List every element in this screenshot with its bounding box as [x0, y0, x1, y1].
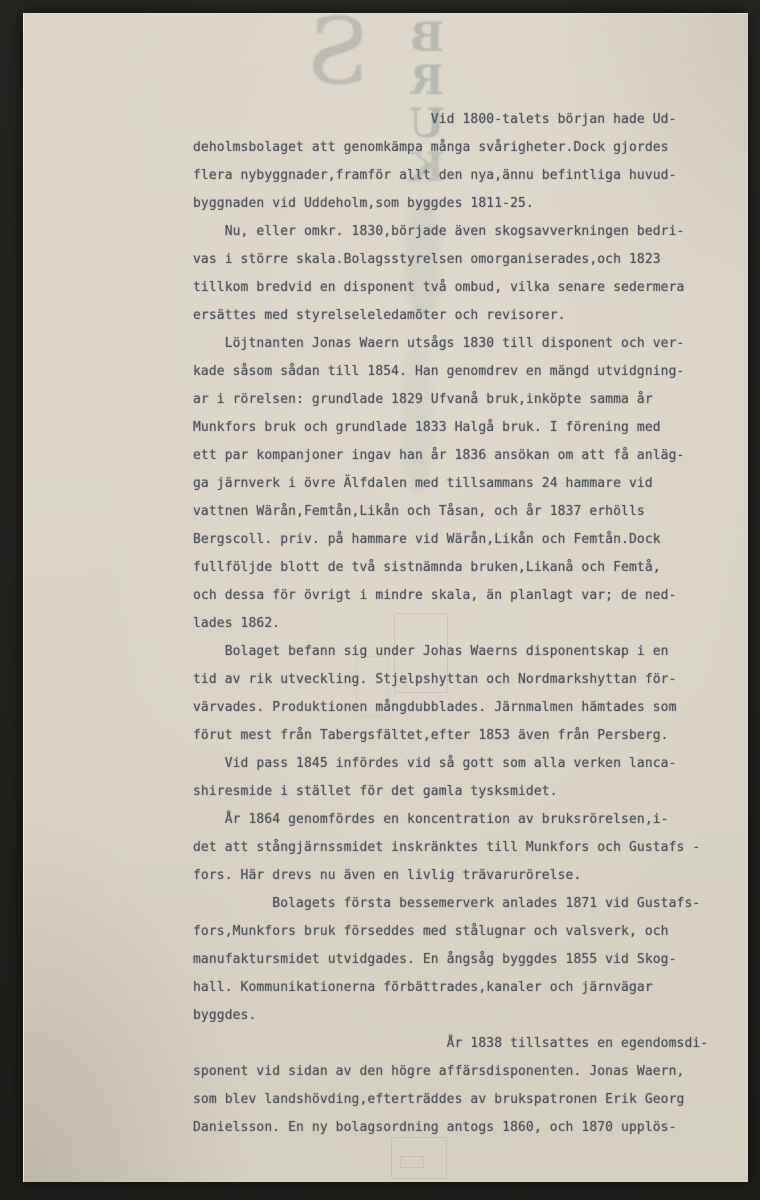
typewritten-line: ar i rörelsen: grundlade 1829 Ufvanå bru… — [193, 386, 708, 414]
scan-background: S B R U K Vid 1800-talets början hade Ud… — [0, 0, 760, 1200]
ink-bleed-mark — [391, 1137, 447, 1179]
typewritten-line: vattnen Wärån,Femtån,Likån och Tåsan, oc… — [193, 498, 708, 526]
typewritten-line: Vid 1800-talets början hade Ud- — [193, 106, 708, 134]
bleed-through-letter: B — [402, 14, 452, 61]
typewritten-line: fors. Här drevs nu även en livlig trävar… — [193, 862, 708, 890]
typewritten-line: sponent vid sidan av den högre affärsdis… — [193, 1058, 708, 1086]
typewritten-line: manufaktursmidet utvidgades. En ångsåg b… — [193, 946, 708, 974]
bleed-through-letter: S — [307, 0, 370, 105]
typewritten-line: byggnaden vid Uddeholm,som byggdes 1811-… — [193, 190, 708, 218]
typewritten-line: tillkom bredvid en disponent två ombud, … — [193, 274, 708, 302]
bleed-through-letter: R — [402, 57, 452, 104]
typewritten-line: det att stångjärnssmidet inskränktes til… — [193, 834, 708, 862]
typewritten-line: förut mest från Tabergsfältet,efter 1853… — [193, 722, 708, 750]
typewritten-line: och dessa för övrigt i mindre skala, än … — [193, 582, 708, 610]
typewritten-line: flera nybyggnader,framför allt den nya,ä… — [193, 162, 708, 190]
typewritten-line: fors,Munkfors bruk förseddes med stålugn… — [193, 918, 708, 946]
typewritten-line: År 1838 tillsattes en egendomsdi- — [193, 1030, 708, 1058]
typewritten-line: fullföljde blott de två sistnämnda bruke… — [193, 554, 708, 582]
typewritten-line: som blev landshövding,efterträddes av br… — [193, 1086, 708, 1114]
typewritten-line: Vid pass 1845 infördes vid så gott som a… — [193, 750, 708, 778]
typewritten-line: Bolagets första bessemerverk anlades 187… — [193, 890, 708, 918]
typewritten-text: Vid 1800-talets början hade Ud- deholmsb… — [193, 106, 708, 1142]
typewritten-line: byggdes. — [193, 1002, 708, 1030]
paper-sheet: S B R U K Vid 1800-talets början hade Ud… — [23, 13, 748, 1182]
typewritten-line: hall. Kommunikationerna förbättrades,kan… — [193, 974, 708, 1002]
typewritten-line: Danielsson. En ny bolagsordning antogs 1… — [193, 1114, 708, 1142]
typewritten-line: shiresmide i stället för det gamla tysks… — [193, 778, 708, 806]
typewritten-line: värvades. Produktionen mångdubblades. Jä… — [193, 694, 708, 722]
typewritten-line: Nu, eller omkr. 1830,började även skogsa… — [193, 218, 708, 246]
typewritten-line: ga järnverk i övre Älfdalen med tillsamm… — [193, 470, 708, 498]
typewritten-line: Löjtnanten Jonas Waern utsågs 1830 till … — [193, 330, 708, 358]
typewritten-line: vas i större skala.Bolagsstyrelsen omorg… — [193, 246, 708, 274]
typewritten-line: lades 1862. — [193, 610, 708, 638]
typewritten-line: ett par kompanjoner ingav han år 1836 an… — [193, 442, 708, 470]
typewritten-line: tid av rik utveckling. Stjelpshyttan och… — [193, 666, 708, 694]
typewritten-line: deholmsbolaget att genomkämpa många svår… — [193, 134, 708, 162]
typewritten-line: Bolaget befann sig under Johas Waerns di… — [193, 638, 708, 666]
typewritten-line: År 1864 genomfördes en koncentration av … — [193, 806, 708, 834]
typewritten-line: ersättes med styrelseleledamöter och rev… — [193, 302, 708, 330]
typewritten-line: Bergscoll. priv. på hammare vid Wärån,Li… — [193, 526, 708, 554]
typewritten-line: kade såsom sådan till 1854. Han genomdre… — [193, 358, 708, 386]
typewritten-line: Munkfors bruk och grundlade 1833 Halgå b… — [193, 414, 708, 442]
